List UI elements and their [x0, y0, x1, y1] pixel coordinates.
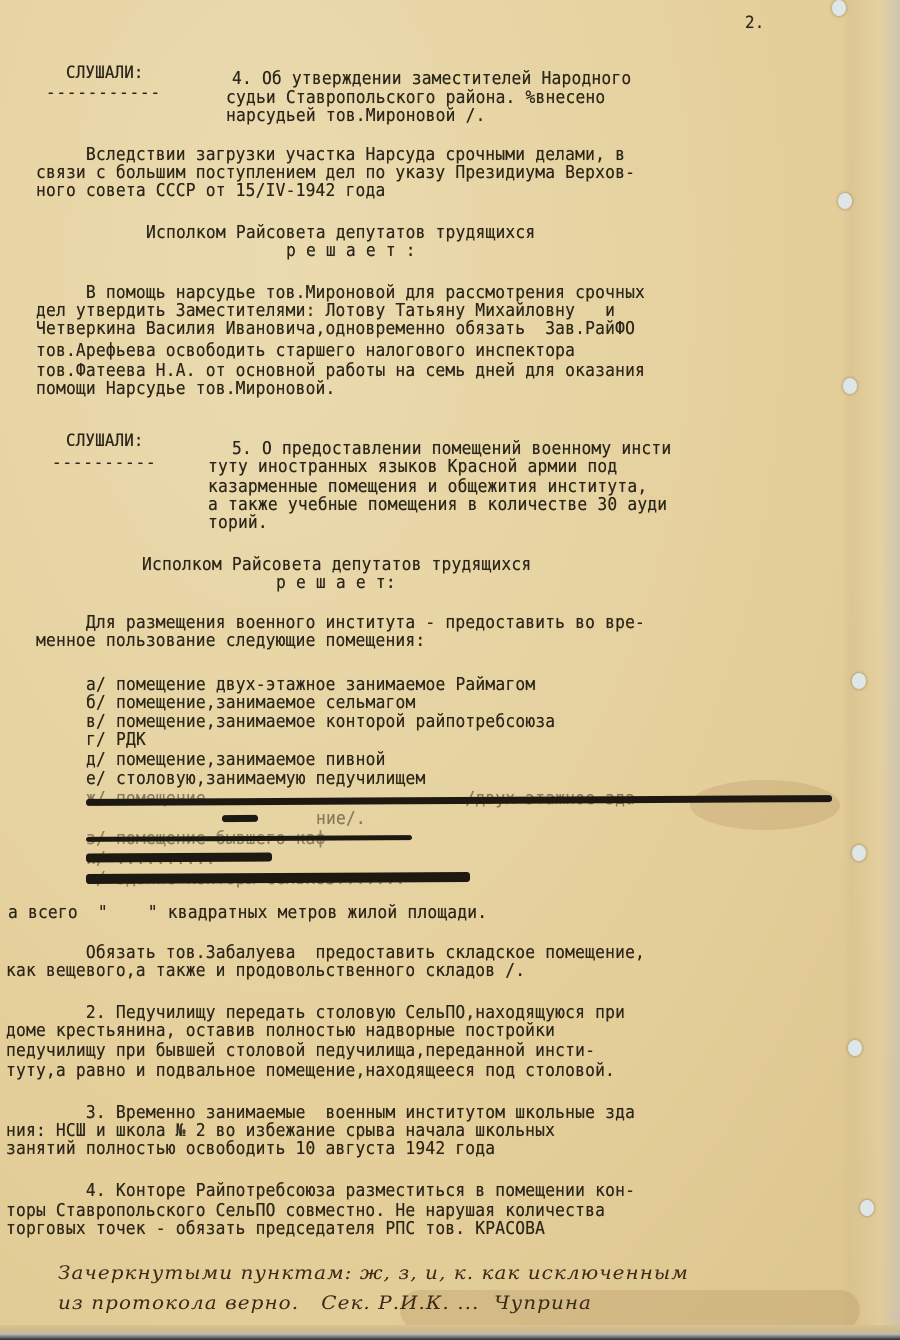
struck-item: ние/.: [316, 810, 366, 828]
strikethrough: [86, 872, 470, 884]
strikethrough: [86, 853, 272, 863]
punch-hole: [852, 845, 866, 861]
heard-label: СЛУШАЛИ:: [66, 64, 144, 82]
handwritten-line: из протокола верно. Сек. Р.И.К. ... Чупр…: [58, 1292, 592, 1314]
executive-committee-heading: Исполком Райсовета депутатов трудящихся: [146, 224, 535, 242]
intro-line: менное пользование следующие помещения:: [36, 632, 425, 650]
premises-item: в/ помещение,занимаемое конторой райпотр…: [86, 713, 555, 731]
list-text: столовую,занимаемую педучилищем: [116, 769, 426, 789]
decision-line: В помощь нарсудье тов.Мироновой для расс…: [36, 284, 645, 302]
premises-item: е/ столовую,занимаемую педучилищем: [86, 770, 425, 788]
decides-label: р е ш а е т :: [286, 242, 416, 260]
item5-title-line: 5. О предоставлении помещений военному и…: [232, 440, 671, 458]
list-text: помещение двух-этажное занимаемое Раймаг…: [116, 675, 535, 695]
paragraph-line: 4. Конторе Райпотребсоюза разместиться в…: [36, 1182, 635, 1200]
paragraph-line: торы Ставропольского СельПО совместно. Н…: [6, 1202, 605, 1220]
paragraph-line: Обязать тов.Забалуева предоставить склад…: [36, 944, 645, 962]
preamble-line: Вследствии загрузки участка Нарсуда сроч…: [36, 146, 625, 164]
premises-item: а/ помещение двух-этажное занимаемое Рай…: [86, 676, 535, 694]
handwritten-line: Зачеркнутыми пунктам: ж, з, и, к. как ис…: [58, 1262, 689, 1284]
paragraph-line: 2. Педучилищу передать столовую СельПО,н…: [36, 1004, 625, 1022]
list-marker: г/: [86, 730, 106, 750]
premises-item: д/ помещение,занимаемое пивной: [86, 751, 386, 769]
preamble-line: связи с большим поступлением дел по указ…: [36, 164, 635, 182]
paragraph-line: торговых точек - обязать председателя РП…: [6, 1220, 545, 1238]
item5-title-line: туту иностранных языков Красной армии по…: [208, 458, 617, 476]
premises-item: г/ РДК: [86, 731, 146, 749]
list-text: помещение,занимаемое сельмагом: [116, 693, 416, 713]
decision-line: дел утвердить Заместителями: Лотову Тать…: [36, 302, 615, 320]
intro-line: Для размещения военного института - пред…: [36, 614, 645, 632]
paragraph-line: ния: НСШ и школа № 2 во избежание срыва …: [6, 1122, 555, 1140]
item4-title-line: 4. Об утверждении заместителей Народного: [232, 70, 631, 88]
punch-hole: [852, 673, 866, 689]
list-marker: д/: [86, 750, 106, 770]
decision-line: Четверкина Василия Ивановича,одновременн…: [36, 320, 635, 338]
item5-title-line: а также учебные помещения в количестве 3…: [208, 496, 667, 514]
punch-hole: [843, 378, 857, 394]
page-bottom-edge: [0, 1325, 900, 1340]
heard-underline: -----------: [46, 84, 161, 102]
decision-line: помощи Нарсудье тов.Мироновой.: [36, 380, 336, 398]
paragraph-line: как вещевого,а также и продовольственног…: [6, 962, 525, 980]
item4-title-line: судьи Ставропольского района. %внесено: [226, 89, 605, 107]
paragraph-line: педучилищу при бывшей столовой педучилищ…: [6, 1042, 595, 1060]
decision-line: тов.Арефьева освободить старшего налогов…: [36, 342, 575, 360]
decision-line: тов.Фатеева Н.А. от основной работы на с…: [36, 362, 645, 380]
paragraph-line: туту,а равно и подвальное помещение,нахо…: [6, 1062, 615, 1080]
list-marker: б/: [86, 693, 106, 713]
list-marker: е/: [86, 769, 106, 789]
strikethrough: [222, 815, 258, 822]
item5-title-line: торий.: [208, 514, 268, 532]
paragraph-line: занятий полностью освободить 10 августа …: [6, 1140, 495, 1158]
heard-underline: ----------: [52, 454, 156, 472]
list-text: помещение,занимаемое конторой райпотребс…: [116, 712, 555, 732]
executive-committee-heading: Исполком Райсовета депутатов трудящихся: [142, 556, 531, 574]
list-text: РДК: [116, 730, 146, 750]
decides-label: р е ш а е т:: [276, 574, 396, 592]
total-area-line: а всего " " квадратных метров жилой площ…: [8, 904, 487, 922]
page-number: 2.: [745, 14, 764, 32]
item4-title-line: нарсудьей тов.Мироновой /.: [226, 107, 486, 125]
preamble-line: ного совета СССР от 15/IV-1942 года: [36, 182, 385, 200]
punch-hole: [832, 0, 846, 16]
paragraph-line: доме крестьянина, оставив полностью надв…: [6, 1022, 555, 1040]
ink-stain: [690, 780, 840, 830]
item5-title-line: казарменные помещения и общежития инстит…: [208, 478, 647, 496]
punch-hole: [860, 1200, 874, 1216]
list-marker: в/: [86, 712, 106, 732]
premises-item: б/ помещение,занимаемое сельмагом: [86, 694, 416, 712]
punch-hole: [838, 193, 852, 209]
heard-label: СЛУШАЛИ:: [66, 432, 144, 450]
list-marker: а/: [86, 675, 106, 695]
paragraph-line: 3. Временно занимаемые военным институто…: [36, 1104, 635, 1122]
punch-hole: [848, 1040, 862, 1056]
list-text: помещение,занимаемое пивной: [116, 750, 386, 770]
